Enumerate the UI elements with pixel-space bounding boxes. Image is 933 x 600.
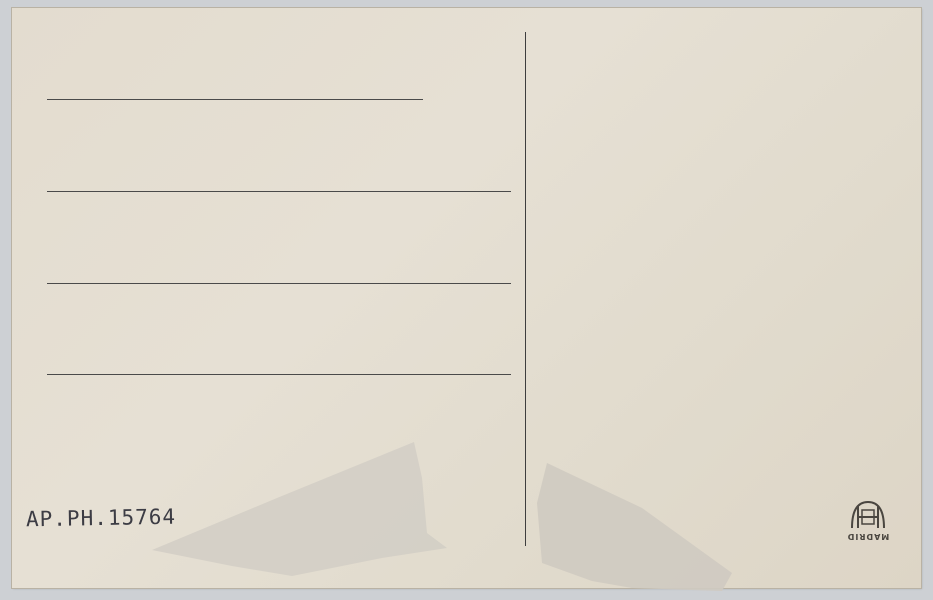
address-line-4 bbox=[47, 374, 511, 375]
address-line-1 bbox=[47, 99, 423, 100]
inventory-number: AP.PH.15764 bbox=[26, 505, 176, 532]
address-line-3 bbox=[47, 283, 511, 284]
tape-remnant-right bbox=[532, 463, 742, 593]
monogram-icon bbox=[848, 498, 888, 532]
tape-remnant-left bbox=[152, 438, 452, 588]
address-line-2 bbox=[47, 191, 511, 192]
postcard-back: AP.PH.15764 MADRID bbox=[12, 8, 921, 588]
divider-line bbox=[525, 32, 526, 546]
publisher-city: MADRID bbox=[838, 532, 898, 541]
publisher-logo: MADRID bbox=[838, 494, 898, 541]
